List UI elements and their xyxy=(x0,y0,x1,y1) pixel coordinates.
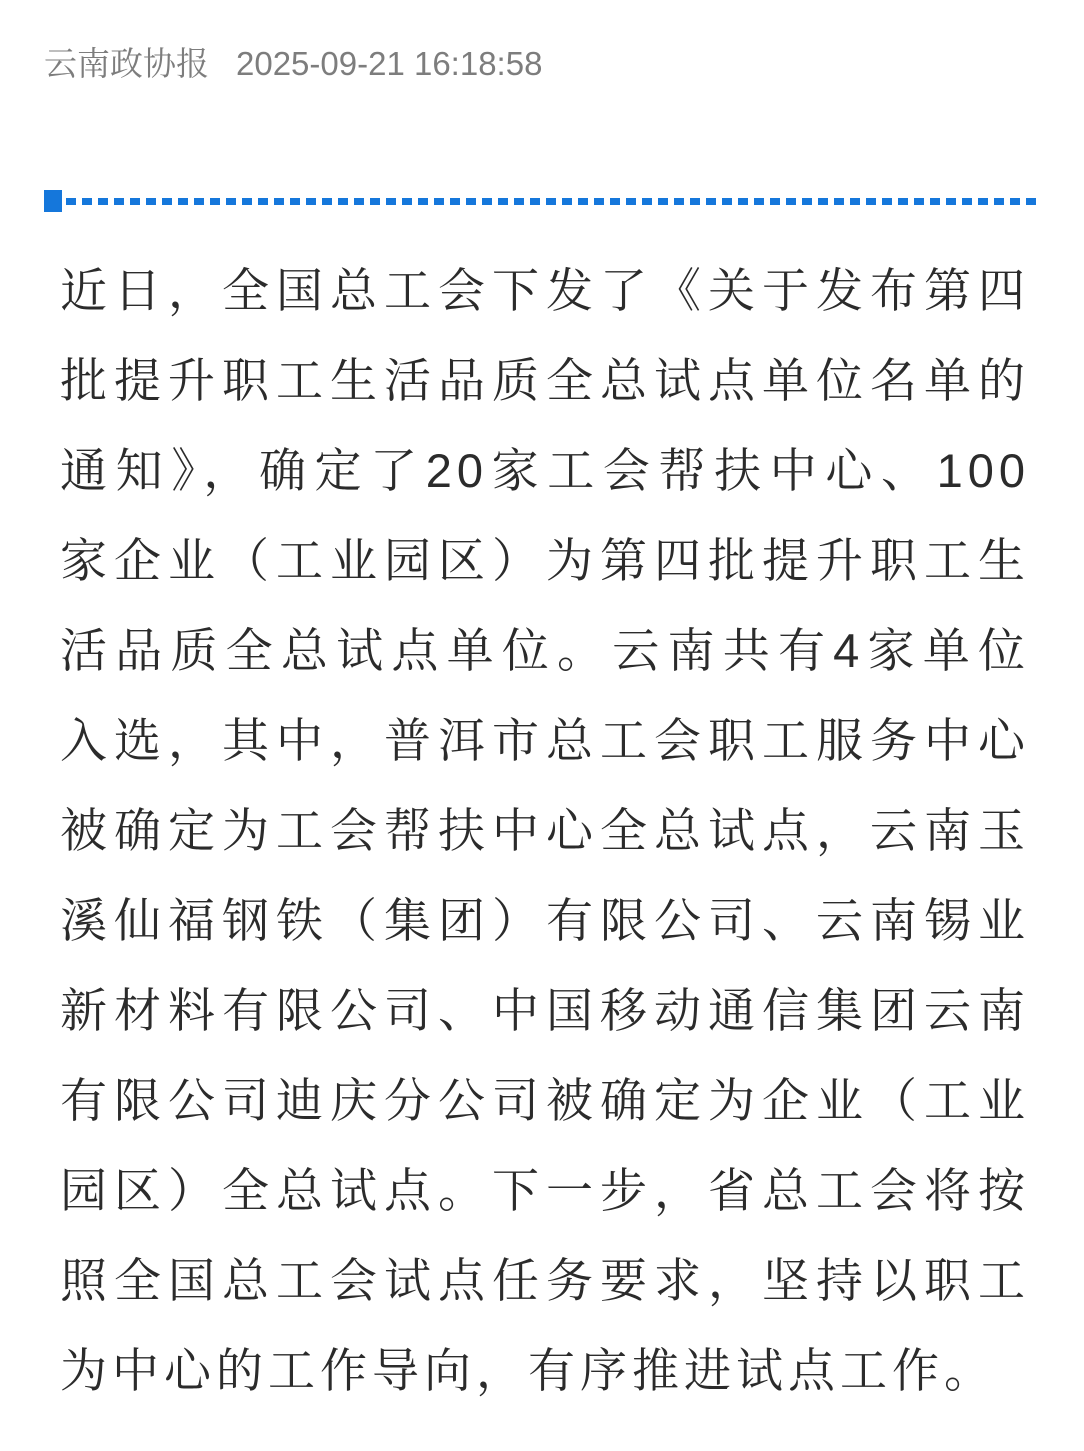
source-name: 云南政协报 xyxy=(44,44,209,84)
article-line: 园区）全总试点。下一步，省总工会将按 xyxy=(60,1146,1030,1236)
divider-dashed-line xyxy=(66,198,1040,205)
section-divider xyxy=(44,190,1040,212)
article-page: 云南政协报 2025-09-21 16:18:58 近日，全国总工会下发了《关于… xyxy=(0,0,1084,1451)
article-line: 通知》，确定了20家工会帮扶中心、100 xyxy=(60,426,1030,516)
article-line: 入选，其中，普洱市总工会职工服务中心 xyxy=(60,696,1030,786)
article-line: 为中心的工作导向，有序推进试点工作。 xyxy=(60,1326,1030,1416)
divider-square xyxy=(44,190,62,212)
article-meta: 云南政协报 2025-09-21 16:18:58 xyxy=(44,44,542,84)
article-line: 照全国总工会试点任务要求，坚持以职工 xyxy=(60,1236,1030,1326)
publish-timestamp: 2025-09-21 16:18:58 xyxy=(236,44,542,84)
article-line: 溪仙福钢铁（集团）有限公司、云南锡业 xyxy=(60,876,1030,966)
article-line: 有限公司迪庆分公司被确定为企业（工业 xyxy=(60,1056,1030,1146)
article-line: 被确定为工会帮扶中心全总试点，云南玉 xyxy=(60,786,1030,876)
article-line: 活品质全总试点单位。云南共有4家单位 xyxy=(60,606,1030,696)
article-line: 家企业（工业园区）为第四批提升职工生 xyxy=(60,516,1030,606)
article-line: 近日，全国总工会下发了《关于发布第四 xyxy=(60,246,1030,336)
article-line: 新材料有限公司、中国移动通信集团云南 xyxy=(60,966,1030,1056)
article-line: 批提升职工生活品质全总试点单位名单的 xyxy=(60,336,1030,426)
article-body: 近日，全国总工会下发了《关于发布第四 批提升职工生活品质全总试点单位名单的 通知… xyxy=(60,246,1030,1416)
